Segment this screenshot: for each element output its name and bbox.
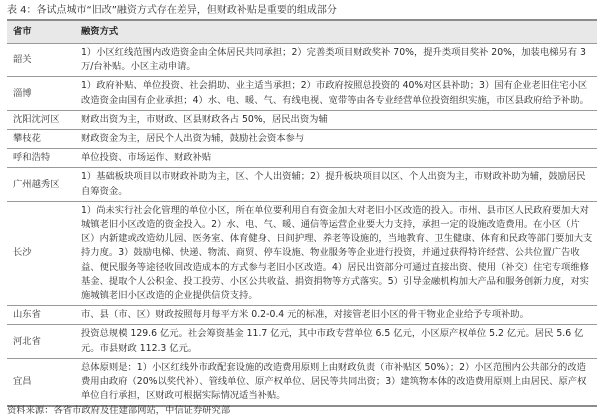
method-cell: 1）基础板块项目以市财政补助为主，区、个人出资辅；2）提升板块项目以区、个人出资… xyxy=(77,168,597,201)
table-row: 韶关1）小区红线范围内改造资金由全体居民共同承担；2）完善类项目财政奖补 70%… xyxy=(7,44,597,77)
city-cell: 沈阳沈河区 xyxy=(7,110,77,129)
header-city: 省市 xyxy=(7,20,77,44)
city-cell: 河北省 xyxy=(7,325,77,358)
table-row: 沈阳沈河区财政出资为主，市财政、区县财政各占 50%，居民出资为辅 xyxy=(7,110,597,129)
method-cell: 财政资金为主，居民个人出资为辅，鼓励社会资本参与 xyxy=(77,130,597,149)
city-cell: 淄博 xyxy=(7,77,77,110)
method-cell: 1）尚未实行社会化管理的单位小区，所在单位要利用自有资金加大对老旧小区改造的投入… xyxy=(77,201,597,305)
header-method: 融资方式 xyxy=(77,20,597,44)
table-header-row: 省市 融资方式 xyxy=(7,20,597,44)
city-cell: 山东省 xyxy=(7,306,77,325)
method-cell: 总体原则是：1）小区红线外市政配套设施的改造费用原则上由财政负责（市补贴区 50… xyxy=(77,358,597,406)
table-row: 攀枝花财政资金为主，居民个人出资为辅，鼓励社会资本参与 xyxy=(7,130,597,149)
table-caption: 表 4：各试点城市“旧改”融资方式存在差异，但财政补贴是重要的组成部分 xyxy=(7,4,337,17)
city-cell: 攀枝花 xyxy=(7,130,77,149)
table-row: 淄博1）政府补贴、单位投资、社会捐助、业主适当承担；2）市政府按照总投资的 40… xyxy=(7,77,597,110)
table-row: 山东省市、县（市、区）财政按照每月每平方米 0.2-0.4 元的标准，对接管老旧… xyxy=(7,306,597,325)
table-row: 河北省投资总规模 129.6 亿元。社会筹资基金 11.7 亿元，其中市政专营单… xyxy=(7,325,597,358)
table-row: 呼和浩特单位投资、市场运作、财政补贴 xyxy=(7,149,597,168)
table-row: 长沙1）尚未实行社会化管理的单位小区，所在单位要利用自有资金加大对老旧小区改造的… xyxy=(7,201,597,305)
method-cell: 财政出资为主，市财政、区县财政各占 50%，居民出资为辅 xyxy=(77,110,597,129)
city-cell: 呼和浩特 xyxy=(7,149,77,168)
city-cell: 广州越秀区 xyxy=(7,168,77,201)
table-row: 广州越秀区1）基础板块项目以市财政补助为主，区、个人出资辅；2）提升板块项目以区… xyxy=(7,168,597,201)
method-cell: 市、县（市、区）财政按照每月每平方米 0.2-0.4 元的标准，对接管老旧小区的… xyxy=(77,306,597,325)
source-note: 资料来源：各省市政府及住建部网站，中信证券研究部 xyxy=(7,402,230,416)
city-cell: 长沙 xyxy=(7,201,77,305)
table-row: 宜昌总体原则是：1）小区红线外市政配套设施的改造费用原则上由财政负责（市补贴区 … xyxy=(7,358,597,406)
method-cell: 投资总规模 129.6 亿元。社会筹资基金 11.7 亿元，其中市政专营单位 6… xyxy=(77,325,597,358)
method-cell: 1）小区红线范围内改造资金由全体居民共同承担；2）完善类项目财政奖补 70%，提… xyxy=(77,44,597,77)
method-cell: 1）政府补贴、单位投资、社会捐助、业主适当承担；2）市政府按照总投资的 40%对… xyxy=(77,77,597,110)
financing-table: 省市 融资方式 韶关1）小区红线范围内改造资金由全体居民共同承担；2）完善类项目… xyxy=(7,19,597,407)
city-cell: 宜昌 xyxy=(7,358,77,406)
city-cell: 韶关 xyxy=(7,44,77,77)
method-cell: 单位投资、市场运作、财政补贴 xyxy=(77,149,597,168)
